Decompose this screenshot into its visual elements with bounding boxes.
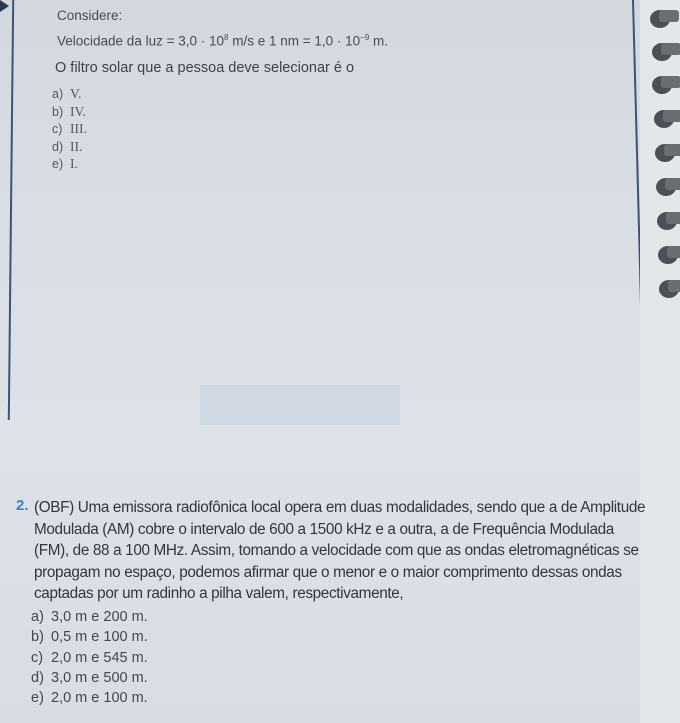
spiral-binding (640, 0, 680, 723)
question-number: 2. (16, 497, 29, 514)
page-show-through (200, 385, 400, 425)
binding-ring-icon (655, 144, 675, 162)
option-a[interactable]: a)3,0 m e 200 m. (31, 609, 148, 629)
binding-ring-icon (658, 246, 678, 264)
consider-label: Considere: (57, 8, 122, 23)
question1-stem: O filtro solar que a pessoa deve selecio… (55, 60, 354, 76)
binding-ring-icon (659, 280, 679, 298)
option-b[interactable]: b)0,5 m e 100 m. (31, 629, 148, 649)
corner-triangle-icon (0, 0, 9, 12)
option-a[interactable]: a)V. (52, 86, 87, 104)
option-c[interactable]: c)2,0 m e 545 m. (31, 650, 148, 670)
question1-options: a)V. b)IV. c)III. d)II. e)I. (52, 86, 87, 174)
question2-options: a)3,0 m e 200 m. b)0,5 m e 100 m. c)2,0 … (31, 609, 148, 710)
option-e[interactable]: e)2,0 m e 100 m. (31, 690, 148, 710)
binding-ring-icon (657, 212, 677, 230)
option-d[interactable]: d)3,0 m e 500 m. (31, 670, 148, 690)
binding-ring-icon (652, 76, 672, 94)
option-d[interactable]: d)II. (52, 139, 87, 157)
textbook-page: Considere: Velocidade da luz = 3,0 · 108… (0, 0, 680, 723)
question2-text: (OBF) Uma emissora radiofônica local ope… (34, 497, 634, 605)
constants-line: Velocidade da luz = 3,0 · 108 m/s e 1 nm… (57, 33, 388, 49)
option-c[interactable]: c)III. (52, 121, 87, 139)
binding-ring-icon (650, 10, 670, 28)
binding-ring-icon (656, 178, 676, 196)
option-b[interactable]: b)IV. (52, 104, 87, 122)
binding-ring-icon (652, 43, 672, 61)
binding-ring-icon (654, 110, 674, 128)
option-e[interactable]: e)I. (52, 156, 87, 174)
left-margin-rule (8, 0, 14, 420)
